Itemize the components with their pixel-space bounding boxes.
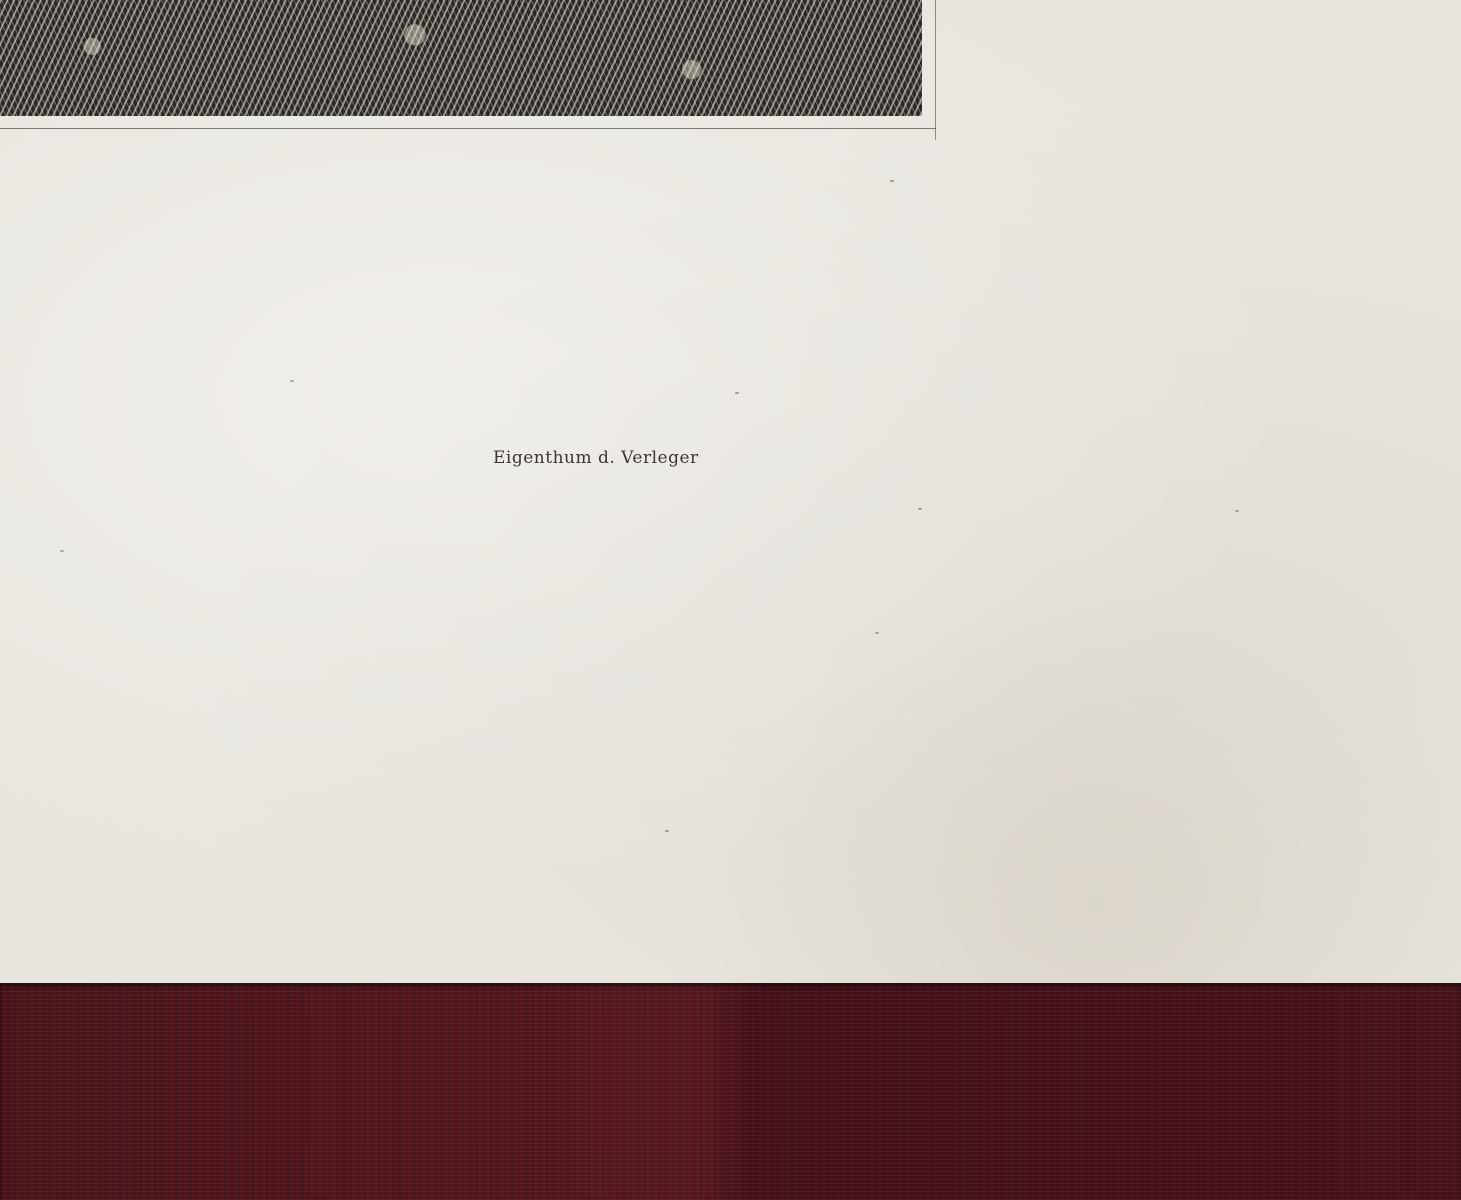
paper-speck [665, 830, 669, 832]
paper-speck [60, 550, 64, 552]
engraving-foliage-image [0, 0, 922, 116]
paper-speck [875, 632, 879, 634]
print-paper: Eigenthum d. Verleger [0, 0, 1461, 985]
velvet-mat [0, 983, 1461, 1200]
paper-speck [1235, 510, 1239, 512]
paper-speck [735, 392, 739, 394]
plate-border-bottom [0, 128, 936, 129]
paper-speck [918, 508, 922, 510]
paper-speck [290, 380, 294, 382]
publisher-caption: Eigenthum d. Verleger [493, 448, 699, 468]
plate-border-right [935, 0, 936, 140]
paper-speck [890, 180, 894, 182]
